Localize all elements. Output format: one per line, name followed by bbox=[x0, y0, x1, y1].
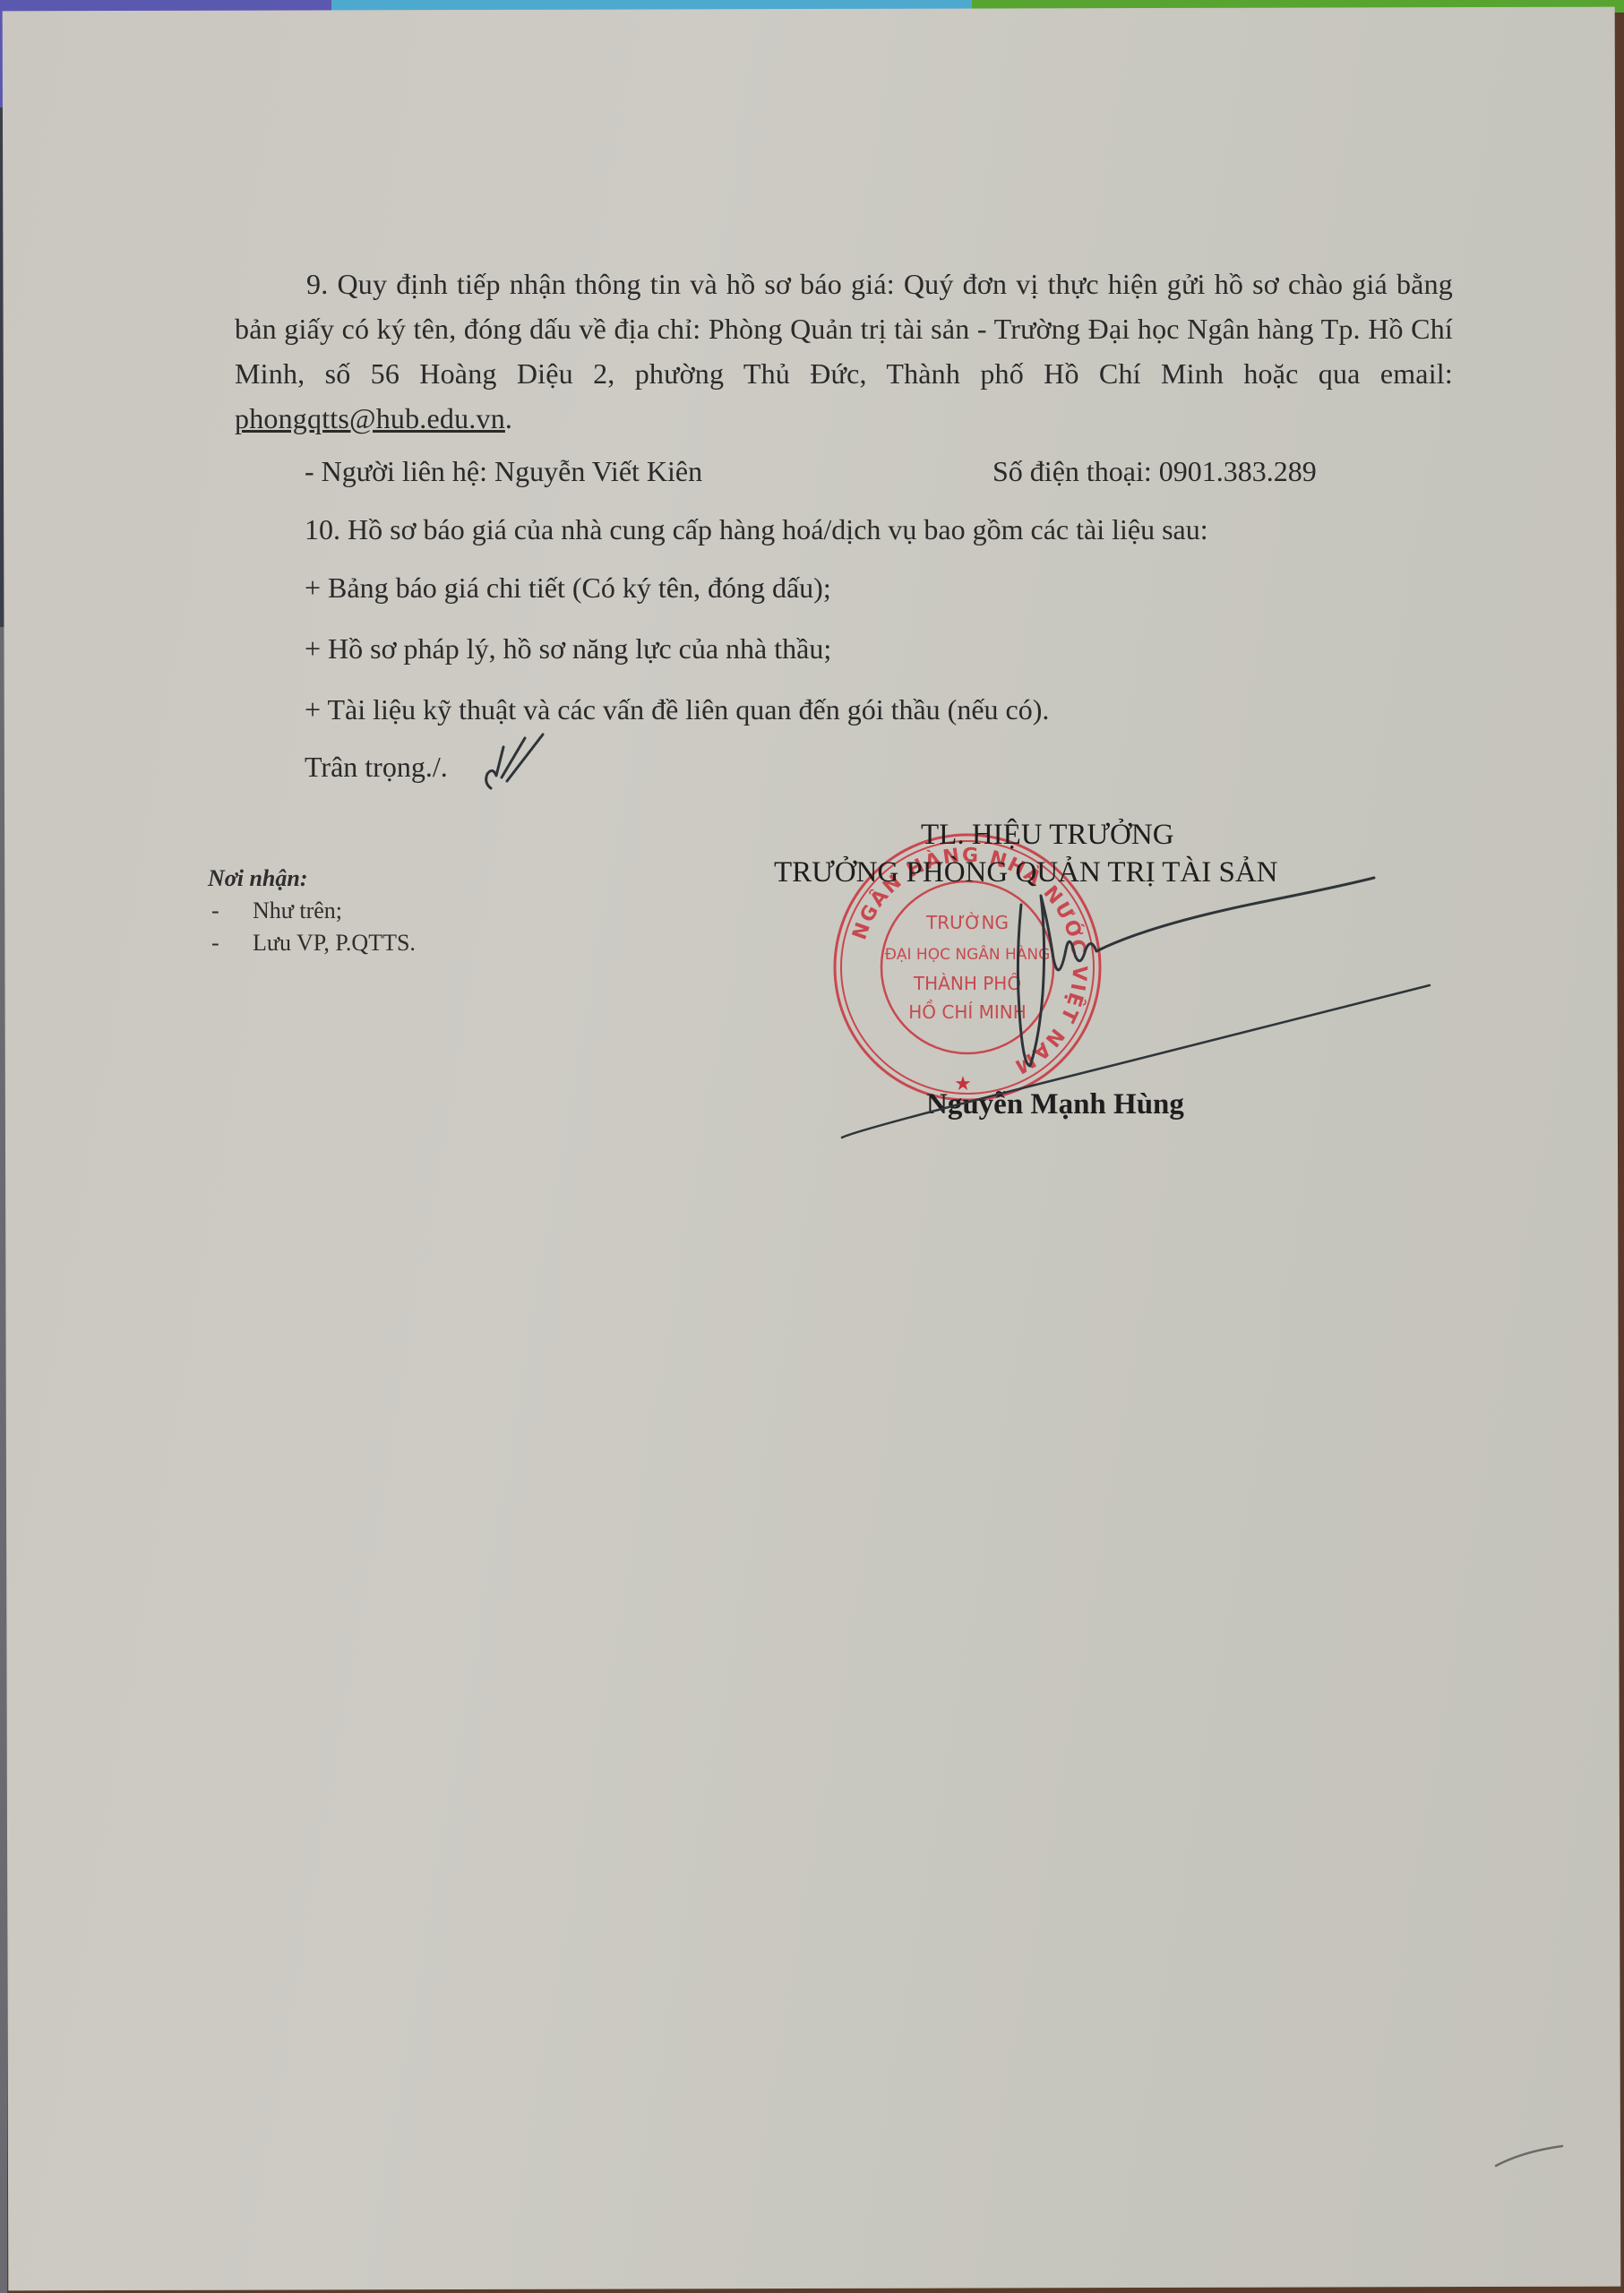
signature-title-1: TL. HIỆU TRƯỞNG bbox=[921, 819, 1174, 852]
recipient-item: -Lưu VP, P.QTTS. bbox=[208, 930, 416, 957]
contact-phone: Số điện thoại: 0901.383.289 bbox=[992, 455, 1317, 488]
stamp-line-4: HỒ CHÍ MINH bbox=[908, 1000, 1027, 1023]
closing-text: Trân trọng./. bbox=[305, 751, 448, 784]
section-10-item-1: + Bảng báo giá chi tiết (Có ký tên, đóng… bbox=[305, 571, 831, 605]
stamp-line-3: THÀNH PHỐ bbox=[913, 971, 1021, 994]
signature-title-2: TRƯỞNG PHÒNG QUẢN TRỊ TÀI SẢN bbox=[774, 856, 1277, 889]
recipients-title: Nơi nhận: bbox=[208, 865, 416, 892]
section-10-heading: 10. Hồ sơ báo giá của nhà cung cấp hàng … bbox=[305, 513, 1208, 546]
signer-name: Nguyễn Mạnh Hùng bbox=[926, 1088, 1184, 1121]
recipients-block: Nơi nhận: -Như trên; -Lưu VP, P.QTTS. bbox=[208, 865, 416, 957]
stamp-line-2: ĐẠI HỌC NGÂN HÀNG bbox=[885, 944, 1051, 964]
section-10-item-2: + Hồ sơ pháp lý, hồ sơ năng lực của nhà … bbox=[305, 632, 831, 666]
recipient-item: -Như trên; bbox=[208, 897, 416, 924]
email-link[interactable]: phongqtts@hub.edu.vn bbox=[235, 402, 505, 434]
section-10-item-3: + Tài liệu kỹ thuật và các vấn đề liên q… bbox=[305, 693, 1049, 726]
section-9-text: 9. Quy định tiếp nhận thông tin và hồ sơ… bbox=[235, 268, 1453, 390]
contact-person: - Người liên hệ: Nguyễn Viết Kiên bbox=[305, 455, 702, 488]
stamp-line-1: TRƯỜNG bbox=[925, 912, 1009, 933]
section-9-paragraph: 9. Quy định tiếp nhận thông tin và hồ sơ… bbox=[235, 262, 1453, 441]
